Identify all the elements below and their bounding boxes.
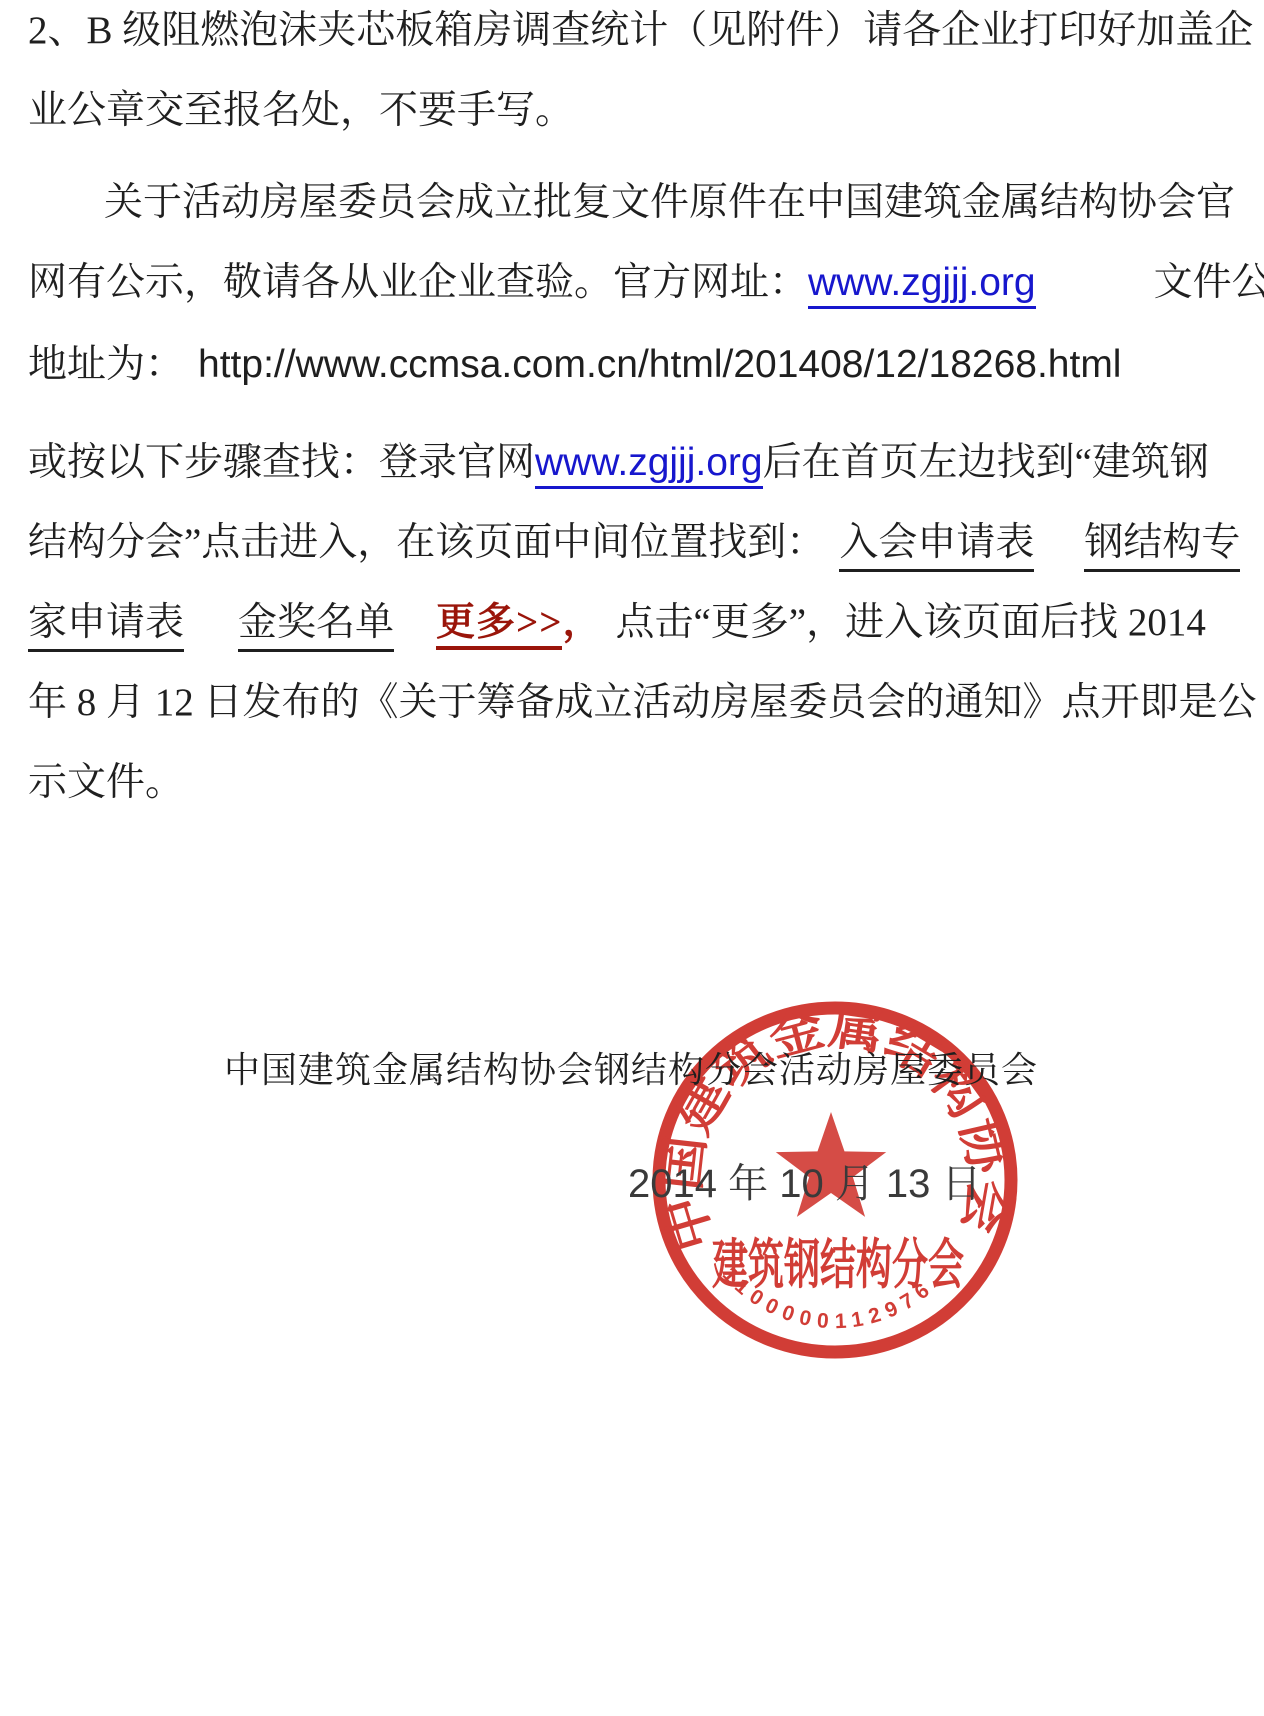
line6-text: 或按以下步骤查找：登录官网 — [28, 441, 535, 484]
signature-date: 2014 年 10 月 13 日 — [628, 1152, 982, 1209]
line4-text-2: 文件公示 — [1154, 261, 1264, 304]
body-line-9: 年 8 月 12 日发布的《关于筹备成立活动房屋委员会的通知》点开即是公 — [28, 678, 1257, 729]
body-line-1: 2、B 级阻燃泡沫夹芯板箱房调查统计（见附件）请各企业打印好加盖企 — [28, 6, 1253, 57]
line8-text: 点击“更多”，进入该页面后找 2014 — [616, 601, 1206, 644]
body-line-3: 关于活动房屋委员会成立批复文件原件在中国建筑金属结构协会官 — [104, 178, 1235, 229]
zgjjj-org-link[interactable]: www.zgjjj.org — [808, 261, 1036, 309]
line4-text: 网有公示，敬请各从业企业查验。官方网址： — [28, 261, 808, 304]
more-comma: ， — [562, 601, 601, 644]
document-page: 2、B 级阻燃泡沫夹芯板箱房调查统计（见附件）请各企业打印好加盖企 业公章交至报… — [0, 0, 1264, 1716]
membership-form-label: 入会申请表 — [839, 521, 1034, 572]
body-line-4: 网有公示，敬请各从业企业查验。官方网址：www.zgjjj.org文件公示 — [28, 258, 1264, 309]
more-link[interactable]: 更多>> — [436, 601, 562, 650]
body-line-5: 地址为：http://www.ccmsa.com.cn/html/201408/… — [28, 340, 1121, 391]
body-line-6: 或按以下步骤查找：登录官网www.zgjjj.org后在首页左边找到“建筑钢 — [28, 438, 1209, 489]
signature-organization: 中国建筑金属结构协会钢结构分会活动房屋委员会 — [224, 1042, 1038, 1093]
body-line-8: 家申请表金奖名单更多>>，点击“更多”，进入该页面后找 2014 — [28, 598, 1206, 649]
zgjjj-org-link-2[interactable]: www.zgjjj.org — [535, 441, 763, 489]
ccmsa-url-text: http://www.ccmsa.com.cn/html/201408/12/1… — [198, 343, 1121, 386]
steel-expert-label-part1: 钢结构专 — [1084, 521, 1240, 572]
body-line-2: 业公章交至报名处，不要手写。 — [28, 86, 574, 137]
line5-label: 地址为： — [28, 343, 184, 386]
steel-expert-label-part2: 家申请表 — [28, 601, 184, 652]
body-line-7: 结构分会”点击进入，在该页面中间位置找到：入会申请表钢结构专 — [28, 518, 1240, 569]
line7-text: 结构分会”点击进入，在该页面中间位置找到： — [28, 521, 825, 564]
line6-text-2: 后在首页左边找到“建筑钢 — [763, 441, 1209, 484]
body-line-10: 示文件。 — [28, 758, 184, 809]
gold-award-list-label: 金奖名单 — [238, 601, 394, 652]
